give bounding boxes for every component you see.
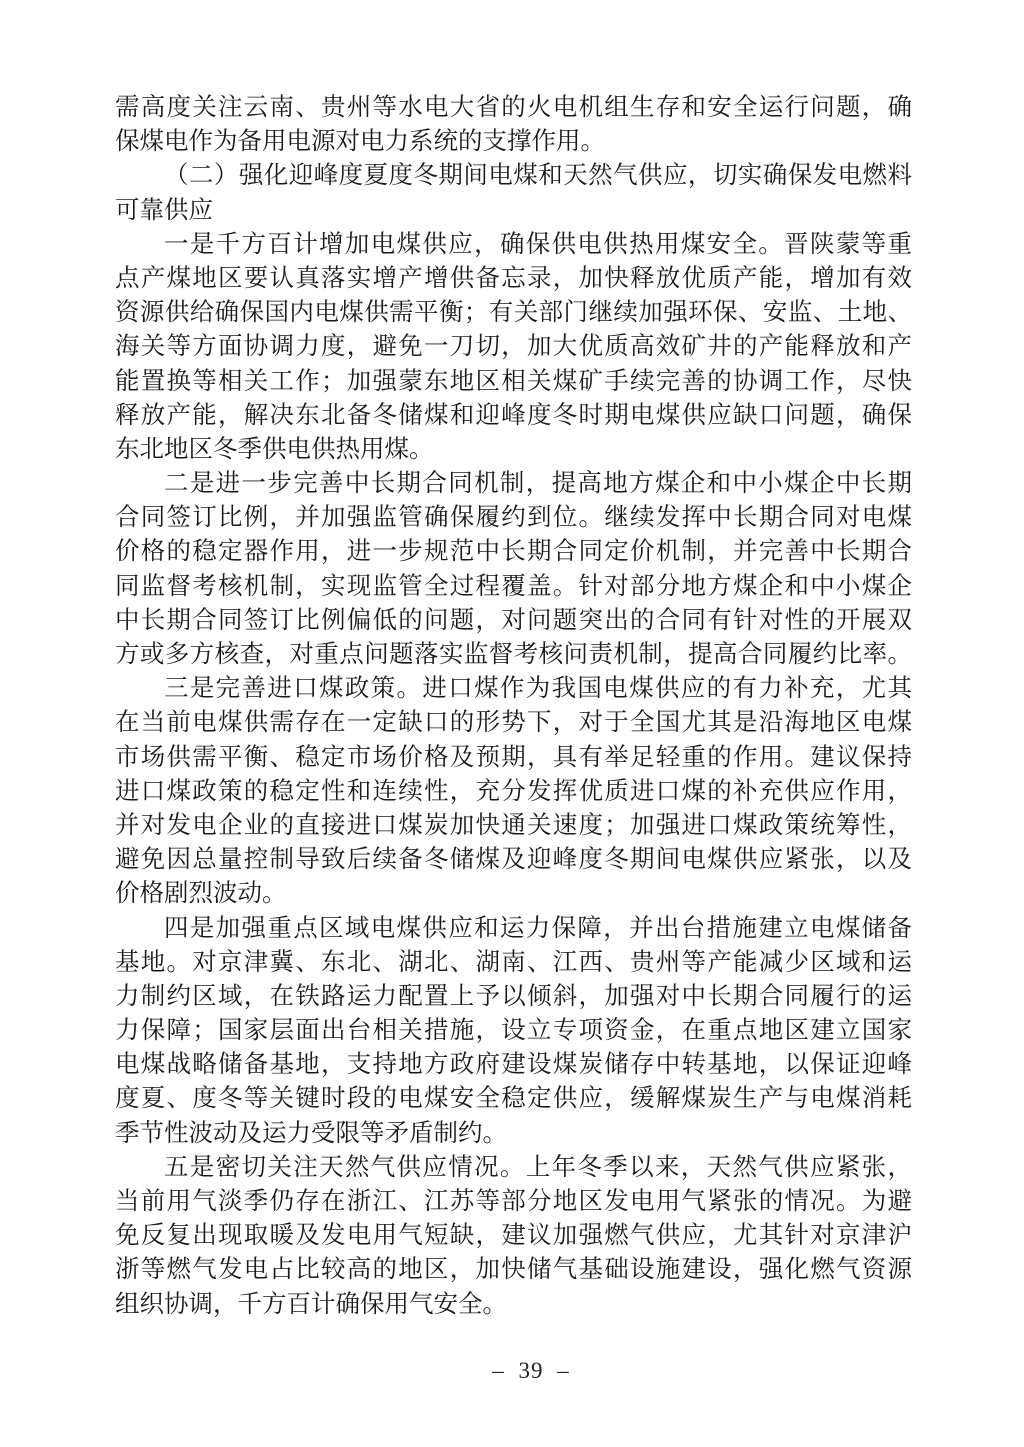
text-line: 能置换等相关工作；加强蒙东地区相关煤矿手续完善的协调工作，尽快 [115,365,912,399]
text-line: 四是加强重点区域电煤供应和运力保障，并出台措施建立电煤储备 [115,912,912,946]
paragraph: 一是千方百计增加电煤供应，确保供电供热用煤安全。晋陕蒙等重点产煤地区要认真落实增… [115,228,912,467]
text-line: 三是完善进口煤政策。进口煤作为我国电煤供应的有力补充，尤其 [115,672,912,706]
text-line: 组织协调，千方百计确保用气安全。 [115,1288,912,1322]
paragraph: 四是加强重点区域电煤供应和运力保障，并出台措施建立电煤储备基地。对京津冀、东北、… [115,912,912,1151]
text-line: 力保障；国家层面出台相关措施，设立专项资金，在重点地区建立国家 [115,1014,912,1048]
text-line: 进口煤政策的稳定性和连续性，充分发挥优质进口煤的补充供应作用， [115,775,912,809]
text-line: 电煤战略储备基地，支持地方政府建设煤炭储存中转基地，以保证迎峰 [115,1048,912,1082]
text-line: 力制约区域，在铁路运力配置上予以倾斜，加强对中长期合同履行的运 [115,980,912,1014]
text-line: 释放产能，解决东北备冬储煤和迎峰度冬时期电煤供应缺口问题，确保 [115,399,912,433]
paragraph: 需高度关注云南、贵州等水电大省的火电机组生存和安全运行问题，确保煤电作为备用电源… [115,91,912,159]
text-line: 点产煤地区要认真落实增产增供备忘录，加快释放优质产能，增加有效 [115,262,912,296]
text-line: 季节性波动及运力受限等矛盾制约。 [115,1117,912,1151]
text-line: 价格的稳定器作用，进一步规范中长期合同定价机制，并完善中长期合 [115,535,912,569]
text-line: 东北地区冬季供电供热用煤。 [115,433,912,467]
paragraph: （二）强化迎峰度夏度冬期间电煤和天然气供应，切实确保发电燃料可靠供应 [115,159,912,227]
text-line: 避免因总量控制导致后续备冬储煤及迎峰度冬期间电煤供应紧张，以及 [115,843,912,877]
text-line: 度夏、度冬等关键时段的电煤安全稳定供应，缓解煤炭生产与电煤消耗 [115,1082,912,1116]
document-page: 需高度关注云南、贵州等水电大省的火电机组生存和安全运行问题，确保煤电作为备用电源… [0,0,1024,1447]
page-number: – 39 – [19,1358,1024,1384]
text-line: 价格剧烈波动。 [115,877,912,911]
paragraph: 五是密切关注天然气供应情况。上年冬季以来，天然气供应紧张，当前用气淡季仍存在浙江… [115,1151,912,1322]
text-line: 一是千方百计增加电煤供应，确保供电供热用煤安全。晋陕蒙等重 [115,228,912,262]
text-line: 资源供给确保国内电煤供需平衡；有关部门继续加强环保、安监、土地、 [115,296,912,330]
text-line: 同监督考核机制，实现监管全过程覆盖。针对部分地方煤企和中小煤企 [115,570,912,604]
text-line: 方或多方核查，对重点问题落实监督考核问责机制，提高合同履约比率。 [115,638,912,672]
text-line: 二是进一步完善中长期合同机制，提高地方煤企和中小煤企中长期 [115,467,912,501]
text-line: 浙等燃气发电占比较高的地区，加快储气基础设施建设，强化燃气资源 [115,1253,912,1287]
paragraph: 三是完善进口煤政策。进口煤作为我国电煤供应的有力补充，尤其在当前电煤供需存在一定… [115,672,912,911]
text-line: （二）强化迎峰度夏度冬期间电煤和天然气供应，切实确保发电燃料 [115,159,912,193]
text-line: 并对发电企业的直接进口煤炭加快通关速度；加强进口煤政策统筹性， [115,809,912,843]
text-line: 合同签订比例，并加强监管确保履约到位。继续发挥中长期合同对电煤 [115,501,912,535]
text-line: 市场供需平衡、稳定市场价格及预期，具有举足轻重的作用。建议保持 [115,741,912,775]
text-line: 在当前电煤供需存在一定缺口的形势下，对于全国尤其是沿海地区电煤 [115,706,912,740]
document-body: 需高度关注云南、贵州等水电大省的火电机组生存和安全运行问题，确保煤电作为备用电源… [115,91,912,1322]
text-line: 五是密切关注天然气供应情况。上年冬季以来，天然气供应紧张， [115,1151,912,1185]
text-line: 海关等方面协调力度，避免一刀切，加大优质高效矿井的产能释放和产 [115,330,912,364]
text-line: 免反复出现取暖及发电用气短缺，建议加强燃气供应，尤其针对京津沪 [115,1219,912,1253]
text-line: 当前用气淡季仍存在浙江、江苏等部分地区发电用气紧张的情况。为避 [115,1185,912,1219]
paragraph: 二是进一步完善中长期合同机制，提高地方煤企和中小煤企中长期合同签订比例，并加强监… [115,467,912,672]
text-line: 保煤电作为备用电源对电力系统的支撑作用。 [115,125,912,159]
text-line: 基地。对京津冀、东北、湖北、湖南、江西、贵州等产能减少区域和运 [115,946,912,980]
text-line: 中长期合同签订比例偏低的问题，对问题突出的合同有针对性的开展双 [115,604,912,638]
text-line: 需高度关注云南、贵州等水电大省的火电机组生存和安全运行问题，确 [115,91,912,125]
text-line: 可靠供应 [115,194,912,228]
